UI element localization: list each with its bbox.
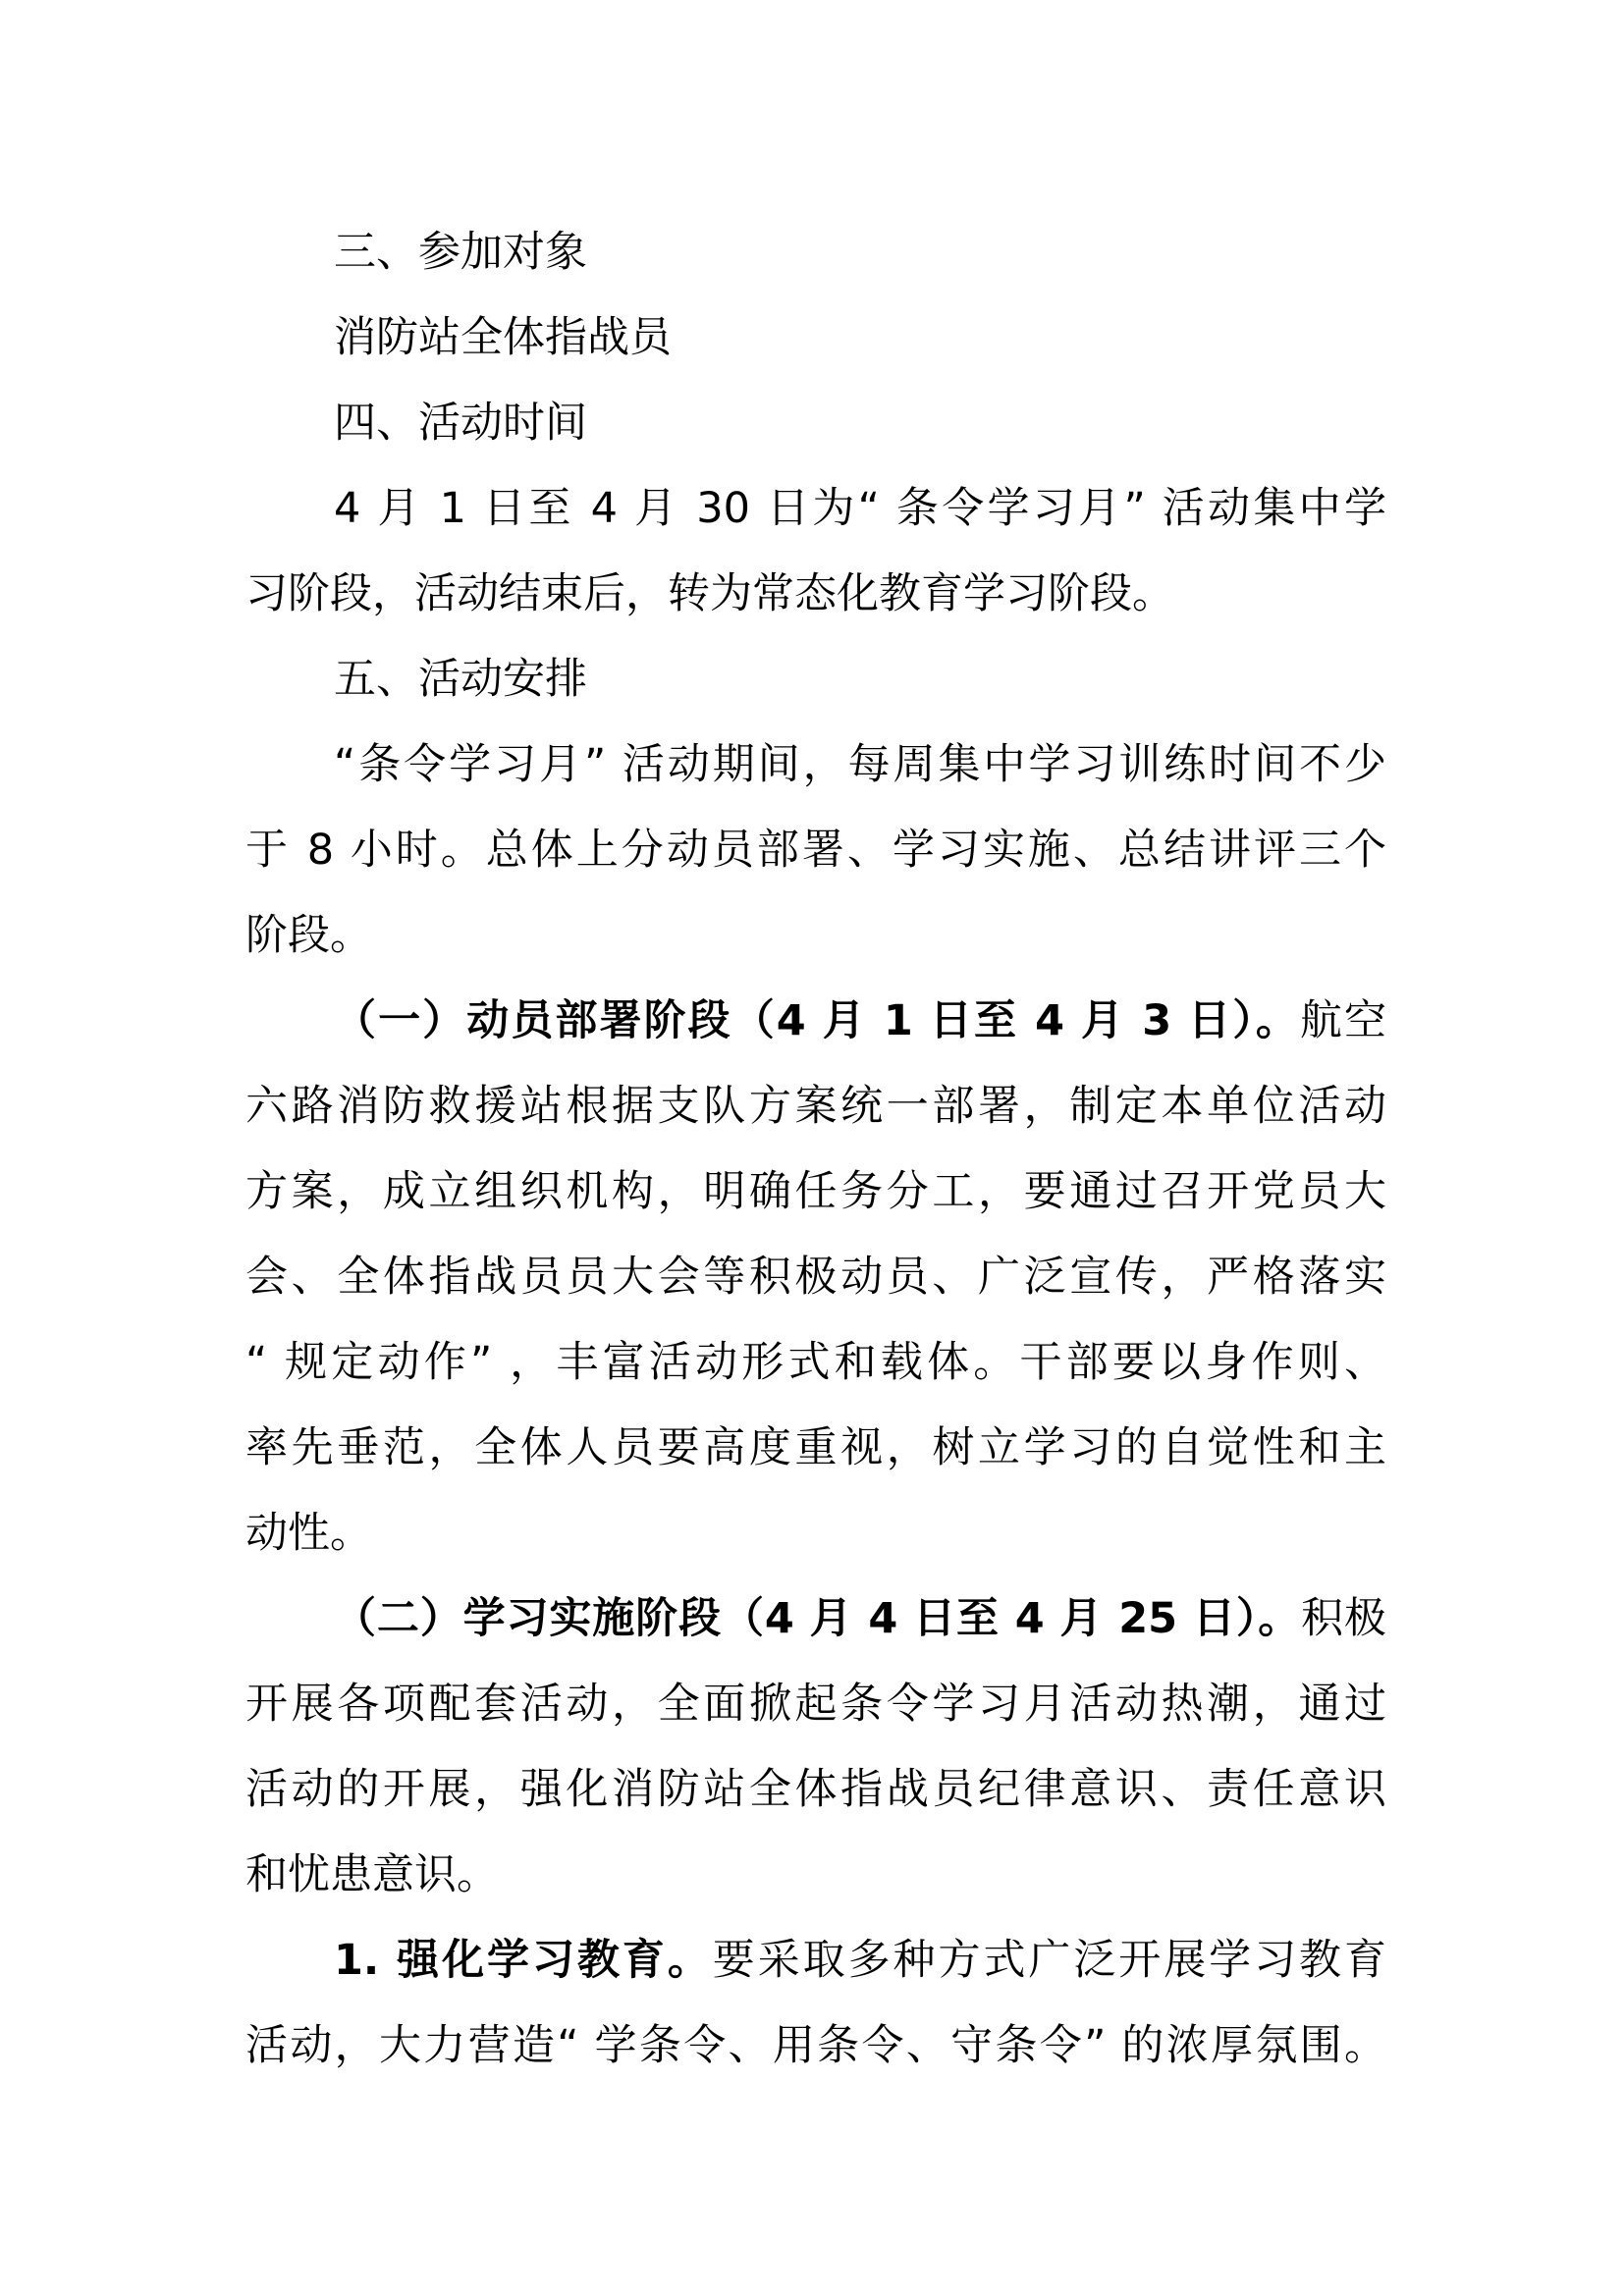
item-one-line-1: 1. 强化学习教育。要采取多种方式广泛开展学习教育	[245, 1918, 1386, 2003]
phase-one-line-1: （一）动员部署阶段（4 月 1 日至 4 月 3 日）。航空	[245, 979, 1386, 1064]
participants-text: 消防站全体指战员	[245, 295, 1386, 381]
phase-one-line-7: 动性。	[245, 1491, 1386, 1576]
arrangement-paragraph-line-3: 阶段。	[245, 893, 1386, 979]
section-heading-participants: 三、参加对象	[245, 210, 1386, 295]
phase-one-line-4: 会、全体指战员员大会等积极动员、广泛宣传，严格落实	[245, 1235, 1386, 1320]
section-heading-time: 四、活动时间	[245, 381, 1386, 466]
phase-one-line-3: 方案，成立组织机构，明确任务分工，要通过召开党员大	[245, 1149, 1386, 1235]
time-paragraph-line-2: 习阶段，活动结束后，转为常态化教育学习阶段。	[245, 552, 1386, 637]
phase-one-title: （一）动员部署阶段（4 月 1 日至 4 月 3 日）。	[334, 996, 1300, 1045]
time-paragraph-line-1: 4 月 1 日至 4 月 30 日为“ 条令学习月” 活动集中学	[245, 466, 1386, 552]
phase-one-line-2: 六路消防救援站根据支队方案统一部署，制定本单位活动	[245, 1064, 1386, 1149]
document-page: 三、参加对象 消防站全体指战员 四、活动时间 4 月 1 日至 4 月 30 日…	[245, 210, 1386, 2089]
phase-two-line-4: 和忧患意识。	[245, 1833, 1386, 1918]
phase-one-line-6: 率先垂范，全体人员要高度重视，树立学习的自觉性和主	[245, 1406, 1386, 1491]
phase-one-text-start: 航空	[1300, 996, 1386, 1045]
item-one-line-2: 活动，大力营造“ 学条令、用条令、守条令” 的浓厚氛围。	[245, 2003, 1386, 2089]
item-one-text-start: 要采取多种方式广泛开展学习教育	[713, 1936, 1386, 1985]
phase-two-text-start: 积极	[1301, 1594, 1386, 1643]
arrangement-paragraph-line-2: 于 8 小时。总体上分动员部署、学习实施、总结讲评三个	[245, 808, 1386, 893]
item-one-title: 1. 强化学习教育。	[334, 1936, 713, 1985]
phase-two-line-2: 开展各项配套活动，全面掀起条令学习月活动热潮，通过	[245, 1662, 1386, 1747]
section-heading-arrangement: 五、活动安排	[245, 637, 1386, 722]
phase-one-line-5: “ 规定动作” ，丰富活动形式和载体。干部要以身作则、	[245, 1320, 1386, 1406]
phase-two-line-1: （二）学习实施阶段（4 月 4 日至 4 月 25 日）。积极	[245, 1576, 1386, 1662]
phase-two-title: （二）学习实施阶段（4 月 4 日至 4 月 25 日）。	[334, 1594, 1301, 1643]
phase-two-line-3: 活动的开展，强化消防站全体指战员纪律意识、责任意识	[245, 1747, 1386, 1833]
arrangement-paragraph-line-1: “条令学习月” 活动期间，每周集中学习训练时间不少	[245, 722, 1386, 808]
